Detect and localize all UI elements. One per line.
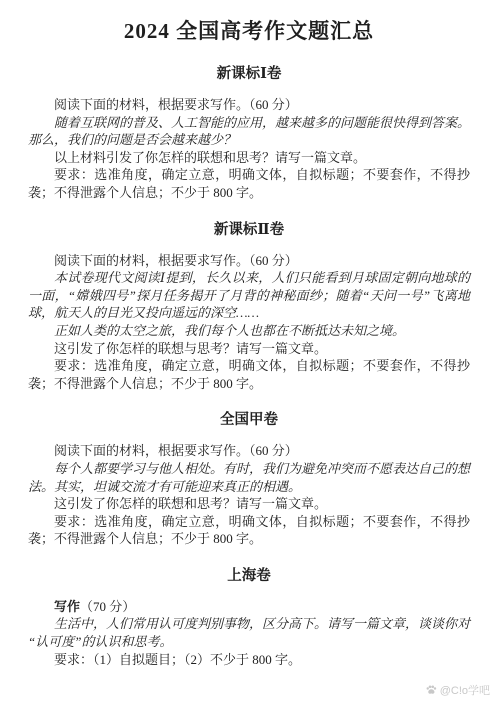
watermark: @C!o学吧 — [425, 682, 490, 698]
paragraph-material: 随着互联网的普及、人工智能的应用，越来越多的问题能很快得到答案。那么，我们的问题… — [28, 114, 470, 149]
section-national-a: 全国甲卷 阅读下面的材料，根据要求写作。（60 分） 每个人都要学习与他人相处。… — [28, 411, 470, 548]
score-label: （70 分） — [80, 599, 135, 614]
paragraph-requirements: 要求：选准角度，确定立意，明确文体，自拟标题；不要套作，不得抄袭；不得泄露个人信… — [28, 357, 470, 392]
paragraph-material: 正如人类的太空之旅，我们每个人也都在不断抵达未知之境。 — [28, 322, 470, 340]
section-heading: 新课标Ⅰ卷 — [28, 65, 470, 84]
paragraph-requirements: 要求：选准角度，确定立意，明确文体，自拟标题；不要套作，不得抄袭；不得泄露个人信… — [28, 166, 470, 201]
section-new-curriculum-1: 新课标Ⅰ卷 阅读下面的材料，根据要求写作。（60 分） 随着互联网的普及、人工智… — [28, 65, 470, 202]
paragraph-requirements: 要求：选准角度，确定立意，明确文体，自拟标题；不要套作，不得抄袭；不得泄露个人信… — [28, 513, 470, 548]
writing-label: 写作 — [54, 599, 80, 614]
section-new-curriculum-2: 新课标Ⅱ卷 阅读下面的材料，根据要求写作。（60 分） 本试卷现代文阅读Ⅰ提到，… — [28, 221, 470, 393]
paragraph-material: 本试卷现代文阅读Ⅰ提到，长久以来，人们只能看到月球固定朝向地球的一面，“嫦娥四号… — [28, 269, 470, 322]
paragraph: 阅读下面的材料，根据要求写作。（60 分） — [28, 442, 470, 460]
paragraph-writing-score: 写作（70 分） — [28, 598, 470, 616]
document-page: 2024 全国高考作文题汇总 新课标Ⅰ卷 阅读下面的材料，根据要求写作。（60 … — [0, 0, 500, 707]
page-title: 2024 全国高考作文题汇总 — [28, 16, 470, 46]
section-heading: 全国甲卷 — [28, 411, 470, 430]
watermark-text: @C!o学吧 — [440, 682, 490, 698]
paragraph-requirements: 要求：（1）自拟题目；（2）不少于 800 字。 — [28, 651, 470, 669]
paragraph: 这引发了你怎样的联想和思考？请写一篇文章。 — [28, 495, 470, 513]
paragraph: 以上材料引发了你怎样的联想和思考？请写一篇文章。 — [28, 149, 470, 167]
paragraph: 这引发了你怎样的联想与思考？请写一篇文章。 — [28, 340, 470, 358]
section-heading: 新课标Ⅱ卷 — [28, 221, 470, 240]
paragraph: 阅读下面的材料，根据要求写作。（60 分） — [28, 252, 470, 270]
paragraph-material: 每个人都要学习与他人相处。有时，我们为避免冲突而不愿表达自己的想法。其实，坦诚交… — [28, 460, 470, 495]
paragraph: 阅读下面的材料，根据要求写作。（60 分） — [28, 96, 470, 114]
paragraph-material: 生活中，人们常用认可度判别事物，区分高下。请写一篇文章，谈谈你对“认可度”的认识… — [28, 615, 470, 650]
paw-icon — [425, 684, 437, 696]
section-heading: 上海卷 — [28, 567, 470, 586]
section-shanghai: 上海卷 写作（70 分） 生活中，人们常用认可度判别事物，区分高下。请写一篇文章… — [28, 567, 470, 668]
